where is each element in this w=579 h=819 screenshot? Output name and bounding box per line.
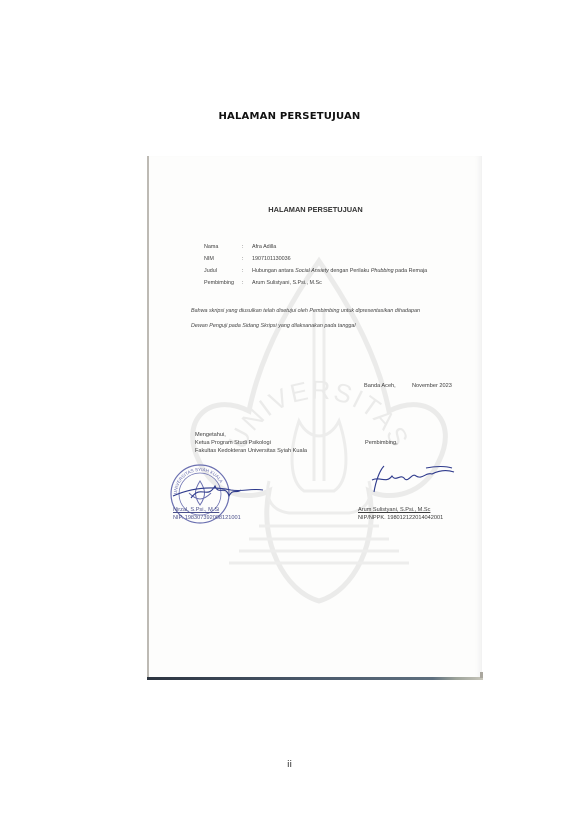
field-value: Afra Adilla (252, 244, 276, 250)
right-signatory-name: Arum Sulistyani, S.Psi., M.Sc (358, 507, 430, 513)
field-label: Nama (204, 244, 242, 250)
scan-title: HALAMAN PERSETUJUAN (149, 205, 482, 214)
field-pembimbing: Pembimbing:Arum Sulistyani, S.Psi., M.Sc (204, 280, 322, 286)
field-label: NIM (204, 256, 242, 262)
field-label: Judul (204, 268, 242, 274)
signature-left (171, 478, 266, 506)
statement-line-1: Bahwa skripsi yang diusulkan telah diset… (191, 308, 420, 314)
field-nim: NIM:1907101130036 (204, 256, 291, 262)
university-logo-watermark: UNIVERSITAS SYIAH KUALA (189, 251, 449, 611)
field-label: Pembimbing (204, 280, 242, 286)
left-line-2: Ketua Program Studi Psikologi (195, 440, 271, 446)
left-line-3: Fakultas Kedokteran Universitas Syiah Ku… (195, 448, 307, 454)
left-signatory-name: Nirzal, S.Psi., M.Si (173, 507, 219, 513)
field-value: 1907101130036 (252, 256, 291, 262)
page-title: HALAMAN PERSETUJUAN (0, 111, 579, 122)
right-label: Pembimbing, (365, 440, 398, 446)
statement-line-2: Dewan Penguji pada Sidang Skripsi yang d… (191, 323, 356, 329)
scanned-approval-sheet: UNIVERSITAS SYIAH KUALA HALAMAN PERSETUJ… (147, 156, 482, 680)
scan-corner-edge (480, 672, 483, 678)
right-signatory-id: NIP/NPPK. 198012122014042001 (358, 515, 443, 521)
left-line-1: Mengetahui, (195, 432, 226, 438)
scan-bottom-edge (147, 677, 483, 680)
page-number: ii (0, 760, 579, 770)
signature-right (366, 462, 456, 496)
place: Banda Aceh, (364, 383, 396, 389)
field-judul: Judul:Hubungan antara Social Anxiety den… (204, 268, 427, 274)
field-nama: Nama:Afra Adilla (204, 244, 276, 250)
field-value: Hubungan antara Social Anxiety dengan Pe… (252, 268, 427, 274)
left-signatory-id: NIP. 198307392008121001 (173, 515, 241, 521)
field-value: Arum Sulistyani, S.Psi., M.Sc (252, 280, 322, 286)
date: November 2023 (412, 383, 452, 389)
